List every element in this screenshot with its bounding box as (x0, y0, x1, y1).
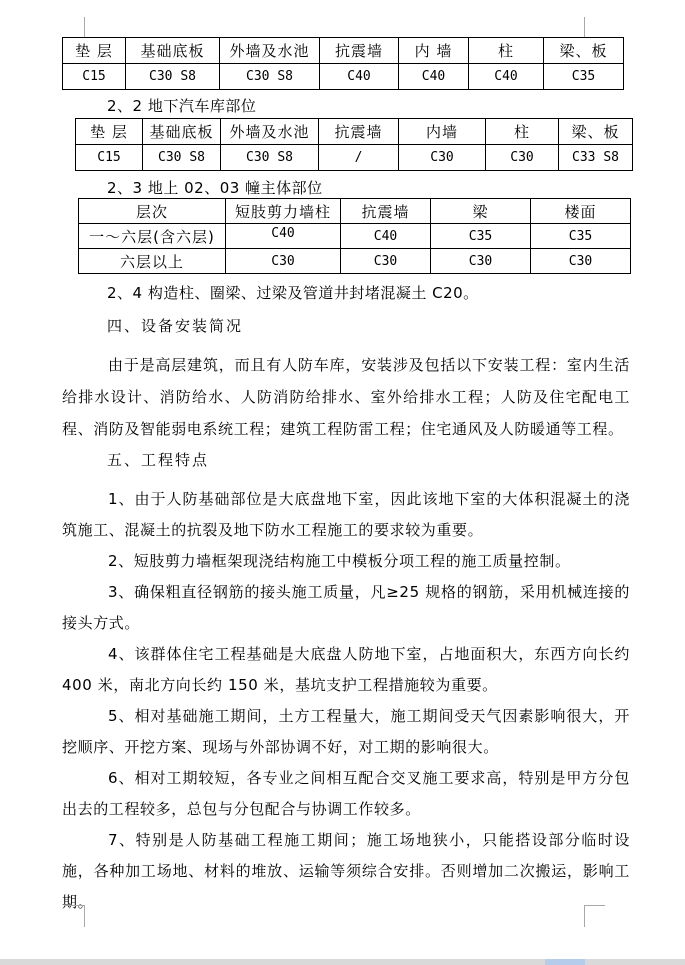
table-cell: C30 (531, 249, 631, 274)
project-features-list: 1、由于人防基础部位是大底盘地下室，因此该地下室的大体积混凝土的浇筑施工、混凝土… (62, 484, 630, 918)
heading-2-2: 2、2 地下汽车库部位 (62, 97, 675, 115)
table-header-cell: 基础底板 (126, 38, 220, 64)
table-cell: C30 S8 (220, 64, 320, 90)
feature-paragraph: 2、短肢剪力墙框架现浇结构施工中模板分项工程的施工质量控制。 (62, 546, 630, 577)
table-cell: / (319, 145, 399, 171)
concrete-grade-table-superstructure: 层次 短肢剪力墙柱 抗震墙 梁 楼面 一～六层(含六层) C40 C40 C35… (78, 198, 631, 274)
horizontal-scrollbar-thumb[interactable] (545, 959, 585, 965)
table-cell: C30 (399, 145, 486, 171)
table-header-cell: 柱 (486, 119, 559, 145)
table-cell: C15 (76, 145, 143, 171)
table-cell: C40 (341, 224, 431, 249)
margin-crop-mark-bottom-right (584, 905, 585, 927)
section-4-heading: 四、设备安装简况 (62, 317, 675, 335)
table-cell: C30 S8 (143, 145, 221, 171)
table-header-cell: 外墙及水池 (220, 38, 320, 64)
table-cell: 一～六层(含六层) (79, 224, 226, 249)
section-4-paragraph: 由于是高层建筑，而且有人防车库，安装涉及包括以下安装工程：室内生活给排水设计、消… (62, 349, 630, 445)
table-cell: C15 (63, 64, 126, 90)
heading-2-3: 2、3 地上 02、03 幢主体部位 (62, 179, 675, 197)
table-header-cell: 抗震墙 (341, 199, 431, 224)
table-header-cell: 内墙 (399, 119, 486, 145)
feature-paragraph: 3、确保粗直径钢筋的接头施工质量，凡≥25 规格的钢筋，采用机械连接的接头方式。 (62, 577, 630, 639)
table-cell: C35 (531, 224, 631, 249)
table-cell: C35 (544, 64, 624, 90)
table-cell: C33 S8 (559, 145, 633, 171)
table-header-cell: 梁、板 (559, 119, 633, 145)
table-cell: C40 (320, 64, 399, 90)
feature-paragraph: 7、特别是人防基础工程施工期间；施工场地狭小，只能搭设部分临时设施，各种加工场地… (62, 825, 630, 918)
concrete-grade-table-garage: 垫 层 基础底板 外墙及水池 抗震墙 内墙 柱 梁、板 C15 C30 S8 C… (75, 118, 633, 171)
margin-crop-mark-bottom-right (584, 905, 605, 906)
feature-paragraph: 6、相对工期较短，各专业之间相互配合交叉施工要求高，特别是甲方分包出去的工程较多… (62, 763, 630, 825)
table-cell: C30 (431, 249, 531, 274)
feature-paragraph: 5、相对基础施工期间，土方工程量大，施工期间受天气因素影响很大，开挖顺序、开挖方… (62, 701, 630, 763)
table-cell: C40 (399, 64, 469, 90)
table-cell: C30 (226, 249, 341, 274)
table-header-cell: 内 墙 (399, 38, 469, 64)
feature-paragraph: 1、由于人防基础部位是大底盘地下室，因此该地下室的大体积混凝土的浇筑施工、混凝土… (62, 484, 630, 546)
table-header-cell: 层次 (79, 199, 226, 224)
table-header-cell: 楼面 (531, 199, 631, 224)
table-cell: C30 S8 (126, 64, 220, 90)
table-row: 一～六层(含六层) C40 C40 C35 C35 (79, 224, 631, 249)
table-header-cell: 抗震墙 (319, 119, 399, 145)
table-header-cell: 垫 层 (76, 119, 143, 145)
table-header-cell: 梁、板 (544, 38, 624, 64)
table-header-cell: 梁 (431, 199, 531, 224)
table-cell: 六层以上 (79, 249, 226, 274)
table-cell: C30 S8 (221, 145, 319, 171)
table-header-cell: 外墙及水池 (221, 119, 319, 145)
section-5-heading: 五、工程特点 (62, 451, 675, 469)
margin-crop-mark-top-left (84, 17, 85, 37)
table-cell: C40 (469, 64, 544, 90)
table-cell: C35 (431, 224, 531, 249)
margin-crop-mark-bottom-left (84, 905, 85, 927)
margin-crop-mark-bottom-left (64, 905, 85, 906)
table-header-cell: 抗震墙 (320, 38, 399, 64)
table-header-cell: 基础底板 (143, 119, 221, 145)
paragraph-2-4: 2、4 构造柱、圈梁、过梁及管道井封堵混凝土 C20。 (62, 284, 675, 302)
table-row: 六层以上 C30 C30 C30 C30 (79, 249, 631, 274)
table-cell: C40 (226, 224, 341, 249)
table-cell: C30 (341, 249, 431, 274)
feature-paragraph: 4、该群体住宅工程基础是大底盘人防地下室，占地面积大，东西方向长约 400 米，… (62, 639, 630, 701)
table-header-cell: 短肢剪力墙柱 (226, 199, 341, 224)
margin-crop-mark-top-right (584, 17, 585, 37)
table-header-cell: 柱 (469, 38, 544, 64)
table-cell: C30 (486, 145, 559, 171)
document-page: { "page": { "background": "#ffffff", "ta… (0, 0, 685, 965)
concrete-grade-table-1: 垫 层 基础底板 外墙及水池 抗震墙 内 墙 柱 梁、板 C15 C30 S8 … (62, 37, 624, 90)
table-header-cell: 垫 层 (63, 38, 126, 64)
horizontal-scrollbar[interactable] (0, 959, 685, 965)
